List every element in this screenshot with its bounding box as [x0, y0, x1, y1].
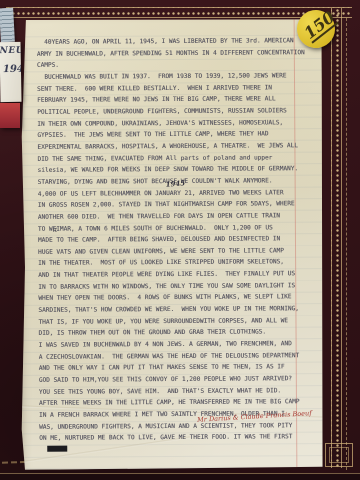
index-tab: NEUA 194	[0, 42, 22, 102]
typed-line: THAT IS, IF YOU WOKE UP, YOU WERE SURROU…	[38, 315, 316, 328]
cover-bottom-edge	[0, 473, 360, 480]
gilt-corner-inner	[329, 447, 349, 463]
typed-line: ANOTHER 600 DIED. WE THEN TRAVELLED FOR …	[38, 210, 316, 223]
typewritten-text: 40YEARS AGO, ON APRIL 11, 1945, I WAS LI…	[37, 35, 317, 445]
redacted-word	[47, 446, 67, 452]
adjacent-page-fragment	[0, 8, 15, 43]
typed-line: IN THEIR OWN COMPOUND, UKRAINIANS, JEHOV…	[37, 117, 315, 130]
typed-line: EXPERIMENTAL BARRACKS, HOSPITALS, A WHOR…	[37, 140, 315, 153]
red-tab-fragment	[0, 103, 20, 128]
typed-line: silesia, WE WALKED FOR WEEKS IN DEEP SNO…	[38, 163, 316, 176]
gilt-corner-ornament	[325, 443, 353, 467]
handwritten-year-insert: 1945	[165, 178, 185, 188]
index-tab-label-2: 194	[3, 64, 22, 75]
handwritten-word-insert: it	[53, 227, 57, 234]
typewritten-page: 40YEARS AGO, ON APRIL 11, 1945, I WAS LI…	[19, 18, 325, 470]
gilt-edge-line	[346, 18, 349, 470]
typed-line: BUCHENWALD WAS BUILT IN 1937. FROM 1938 …	[37, 70, 315, 83]
album-page-photo: 40YEARS AGO, ON APRIL 11, 1945, I WAS LI…	[0, 0, 360, 480]
typed-line: ARMY IN BUCHENWALD, AFTER SPENDING 51 MO…	[37, 47, 315, 60]
index-tab-label-1: NEUA	[0, 46, 22, 57]
typed-line: ON ME, NURTURED ME BACK TO LIVE, GAVE ME…	[39, 431, 317, 444]
gilt-border-right	[331, 8, 342, 468]
